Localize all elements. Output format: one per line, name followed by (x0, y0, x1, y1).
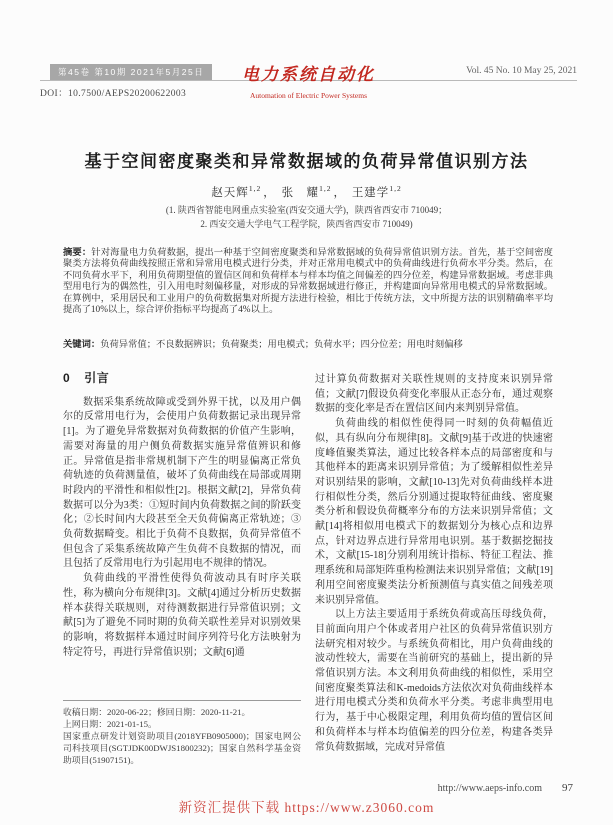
volume-issue-date: Vol. 45 No. 10 May 25, 2021 (466, 66, 577, 76)
two-column-body: 0引言 数据采集系统故障或受到外界干扰，以及用户偶尔的反常用电行为，会使用户负荷… (63, 370, 553, 766)
left-column: 0引言 数据采集系统故障或受到外界干扰，以及用户偶尔的反常用电行为，会使用户负荷… (63, 370, 301, 766)
journal-name-chinese: 电力系统自动化 (242, 60, 375, 85)
keywords-text: 负荷异常值；不良数据辨识；负荷聚类；用电模式；负荷水平；四分位差；用电时刻偏移 (100, 340, 463, 350)
body-paragraph: 数据采集系统故障或受到外界干扰，以及用户偶尔的反常用电行为，会使用户负荷数据记录… (63, 396, 301, 572)
abstract-text: 针对海量电力负荷数据，提出一种基于空间密度聚类和异常数据域的负荷异常值识别方法。… (63, 248, 553, 315)
section-number: 0 (63, 371, 70, 385)
author-affil-superscript: 1,2 (249, 184, 261, 193)
right-column: 过计算负荷数据对关联性规则的支持度来识别异常值；文献[7]假设负荷变化率服从正态… (315, 370, 553, 766)
section-title: 引言 (84, 371, 109, 385)
footnote-online-date: 上网日期：2021-01-15。 (63, 718, 301, 730)
download-watermark: 新资汇提供下载 https://www.z3060.com (0, 796, 613, 816)
affiliations: (1. 陕西省智能电网重点实验室(西安交通大学)，陕西省西安市 710049； … (0, 204, 613, 231)
issue-info-box: 第45卷 第10期 2021年5月25日 (50, 64, 212, 80)
author-name: 王建学1,2 (352, 187, 402, 199)
body-paragraph: 负荷曲线的平滑性使得负荷波动具有时序关联性，称为横向分布规律[3]。文献[4]通… (63, 572, 301, 660)
body-paragraph: 以上方法主要适用于系统负荷或高压母线负荷，目前面向用户个体或者用户社区的负荷异常… (315, 608, 553, 755)
body-paragraph: 过计算负荷数据对关联性规则的支持度来识别异常值；文献[7]假设负荷变化率服从正态… (315, 373, 553, 417)
journal-header: 第45卷 第10期 2021年5月25日 DOI：10.7500/AEPS202… (40, 60, 577, 102)
page-footer: http://www.aeps-info.com97 (438, 782, 573, 794)
author-affil-superscript: 1,2 (319, 184, 331, 193)
paper-page: 第45卷 第10期 2021年5月25日 DOI：10.7500/AEPS202… (0, 0, 613, 825)
author-name: 张 耀1,2 (282, 187, 332, 199)
author-affil-superscript: 1,2 (389, 184, 401, 193)
affiliation-line: (1. 陕西省智能电网重点实验室(西安交通大学)，陕西省西安市 710049； (0, 204, 613, 218)
author-separator: ， (263, 187, 276, 199)
body-paragraph: 负荷曲线的相似性使得同一时刻的负荷幅值近似，具有纵向分布规律[8]。文献[9]基… (315, 417, 553, 608)
paper-title: 基于空间密度聚类和异常数据域的负荷异常值识别方法 (40, 147, 573, 172)
journal-logo: 电力系统自动化 Automation of Electric Power Sys… (242, 60, 375, 103)
author-line: 赵天辉1,2， 张 耀1,2， 王建学1,2 (0, 184, 613, 200)
page-number: 97 (562, 782, 573, 794)
keywords-paragraph: 关键词：负荷异常值；不良数据辨识；负荷聚类；用电模式；负荷水平；四分位差；用电时… (63, 339, 553, 352)
footnote-funding: 国家重点研发计划资助项目(2018YFB0905000)；国家电网公司科技项目(… (63, 730, 301, 766)
abstract-label: 摘要： (63, 247, 91, 257)
keywords-label: 关键词： (63, 339, 100, 349)
abstract-paragraph: 摘要：针对海量电力负荷数据，提出一种基于空间密度聚类和异常数据域的负荷异常值识别… (63, 247, 553, 316)
affiliation-line: 2. 西安交通大学电气工程学院，陕西省西安市 710049) (0, 218, 613, 232)
doi-text: DOI：10.7500/AEPS20200622003 (40, 85, 186, 99)
footnote-received-dates: 收稿日期：2020-06-22；修回日期：2020-11-21。 (63, 706, 301, 718)
author-separator: ， (333, 187, 346, 199)
section-heading-introduction: 0引言 (63, 371, 301, 386)
first-page-footnote: 收稿日期：2020-06-22；修回日期：2020-11-21。 上网日期：20… (63, 700, 301, 766)
footnote-divider-line (63, 700, 301, 701)
journal-url: http://www.aeps-info.com (438, 783, 542, 794)
author-name: 赵天辉1,2 (211, 187, 261, 199)
journal-name-english: Automation of Electric Power Systems (245, 91, 372, 100)
